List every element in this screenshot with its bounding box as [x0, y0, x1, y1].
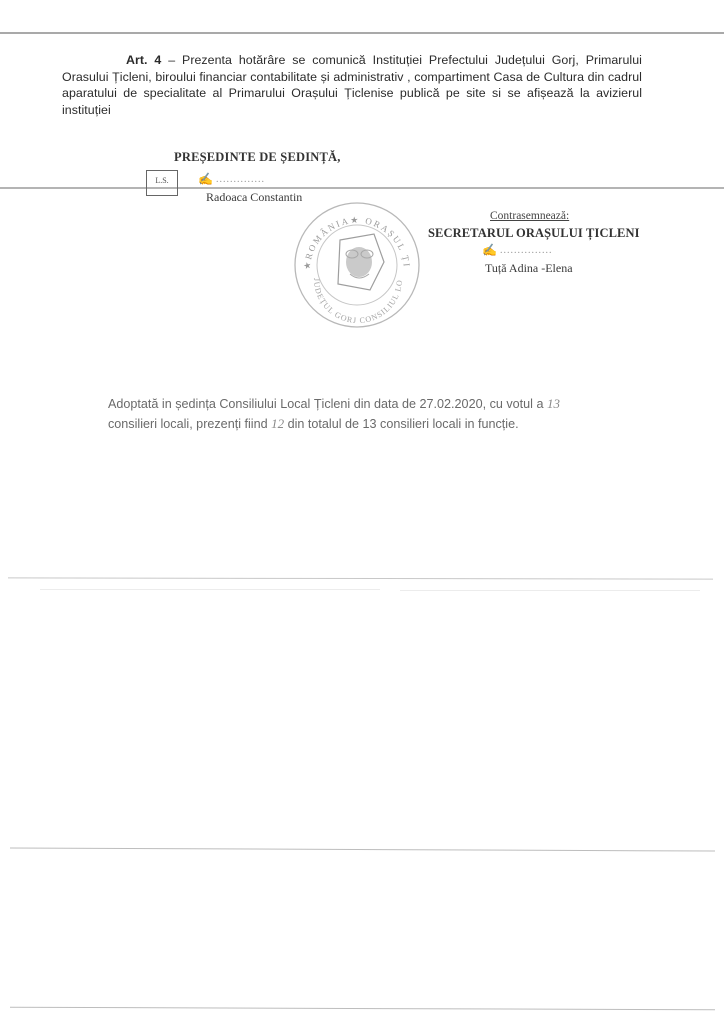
official-seal-icon: ★ROMÂNIA★ ORAȘUL ȚICLENI JUDEȚUL GORJ CO… — [292, 200, 422, 330]
adoption-text-1: Adoptată in ședința Consiliului Local Ți… — [108, 397, 547, 411]
scan-line-top — [0, 32, 724, 34]
scan-line-faint-1 — [8, 577, 713, 579]
scan-noise-1 — [40, 589, 380, 590]
scan-line-lower-2 — [10, 1007, 715, 1010]
countersign-label: Contrasemnează: — [490, 210, 569, 222]
secretary-signature-line: ............... — [500, 245, 553, 256]
adoption-statement: Adoptată in ședința Consiliului Local Ți… — [108, 394, 628, 434]
secretary-title: SECRETARUL ORAȘULUI ȚICLENI — [428, 226, 640, 241]
article-dash: – — [161, 53, 182, 67]
ls-stamp-box: L.S. — [146, 170, 178, 196]
president-title: PREȘEDINTE DE ȘEDINȚĂ, — [174, 150, 341, 165]
adoption-text-3: din totalul de 13 consilieri locali in f… — [284, 417, 519, 431]
president-name: Radoaca Constantin — [206, 190, 302, 205]
secretary-name: Tuță Adina -Elena — [485, 261, 573, 276]
president-signature-icon: ✍ — [198, 172, 213, 187]
scan-line-lower-1 — [10, 847, 715, 851]
votes-for-handwritten: 13 — [547, 396, 560, 411]
scan-line-middle — [0, 187, 724, 189]
secretary-signature-icon: ✍ — [482, 243, 497, 258]
scan-noise-2 — [400, 590, 700, 591]
present-count-handwritten: 12 — [271, 416, 284, 431]
article-label: Art. 4 — [126, 53, 161, 67]
article-4-paragraph: Art. 4 – Prezenta hotărâre se comunică I… — [62, 52, 642, 118]
adoption-text-2: consilieri locali, prezenți fiind — [108, 417, 271, 431]
president-signature-line: .............. — [216, 174, 265, 185]
